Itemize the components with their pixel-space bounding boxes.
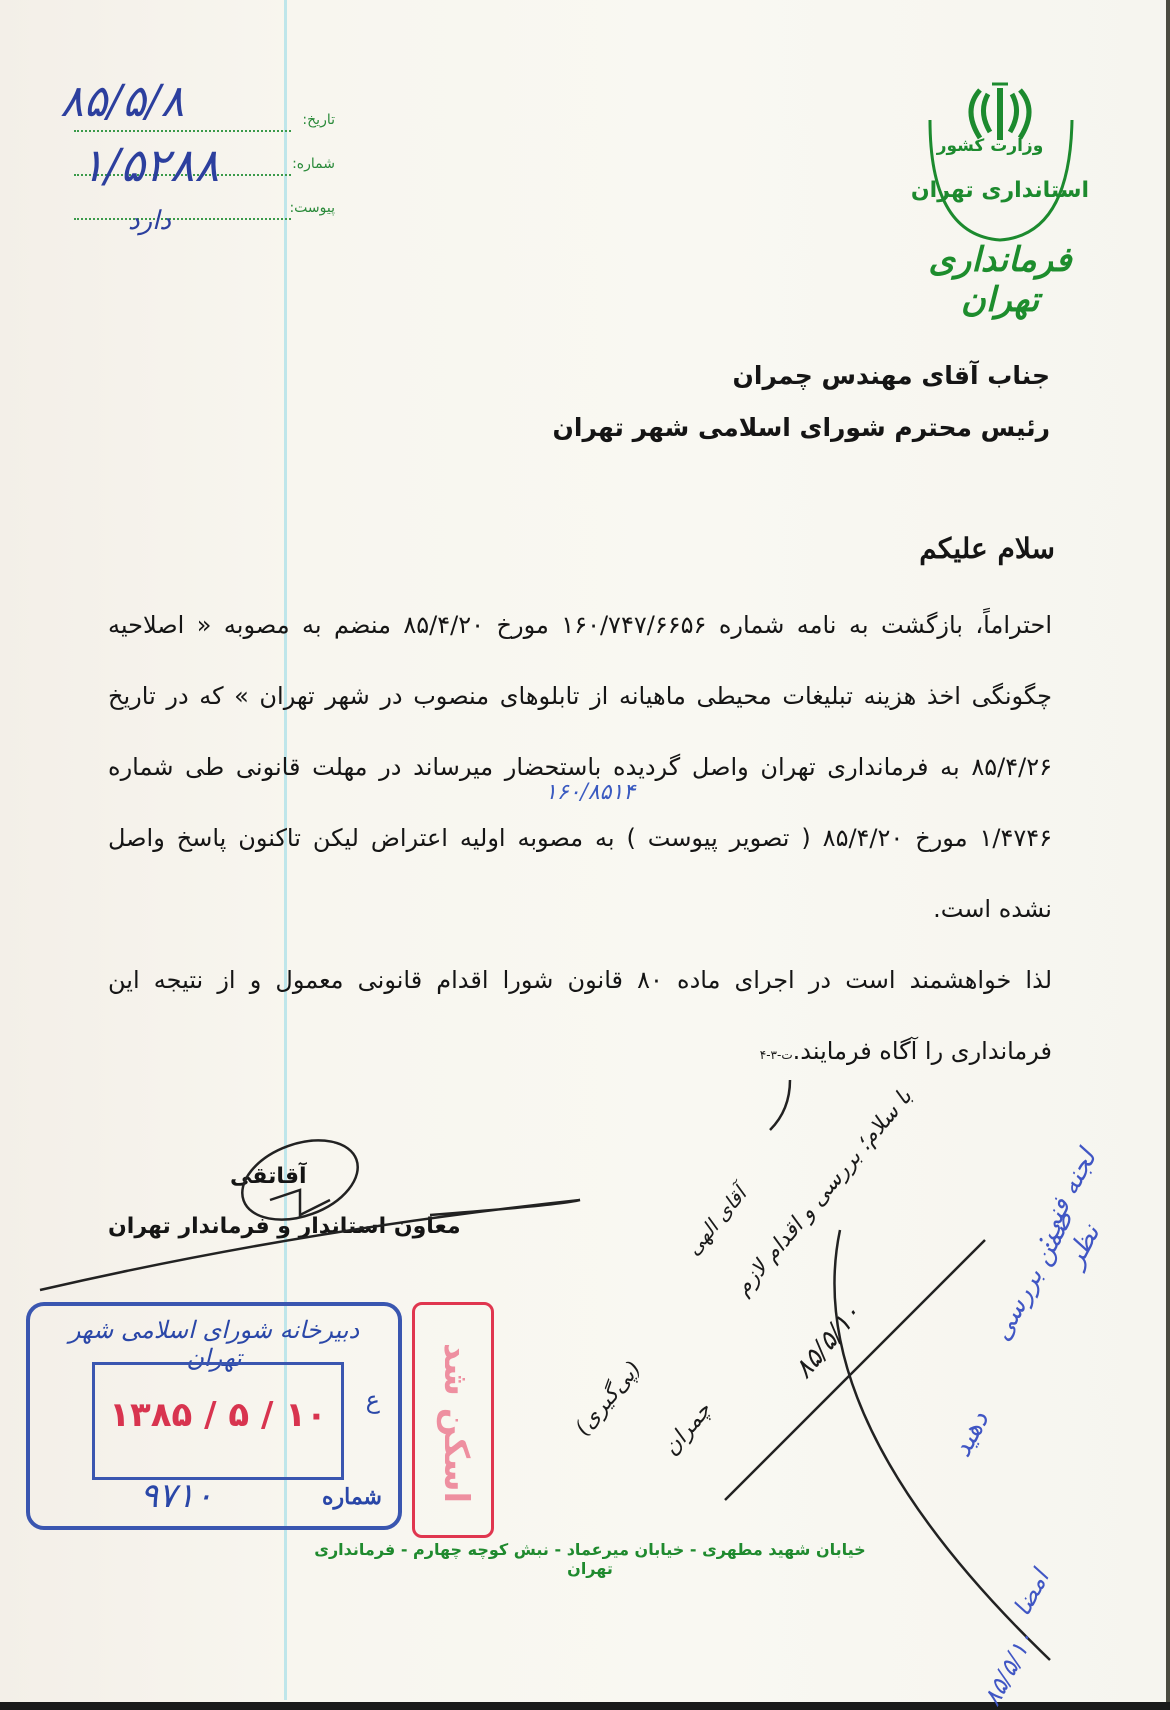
attachment-label: پیوست: bbox=[289, 200, 335, 216]
handwritten-date: ۸۵/۵/۸ bbox=[60, 76, 184, 127]
body-paragraph-1: احتراماً، بازگشت به نامه شماره ۱۶۰/۷۴۷/۶… bbox=[108, 590, 1052, 945]
recipient-line-2: رئیس محترم شورای اسلامی شهر تهران bbox=[553, 402, 1050, 454]
footer-address: خیابان شهید مطهری - خیابان میرعماد - نبش… bbox=[290, 1540, 890, 1578]
recipient-block: جناب آقای مهندس چمران رئیس محترم شورای ا… bbox=[553, 350, 1050, 454]
handwritten-note-signature: چمران bbox=[658, 1398, 716, 1461]
scanned-letter: وزارت کشور استانداری تهران فرمانداری تهر… bbox=[0, 0, 1170, 1710]
scanned-stamp: اسکن شد bbox=[412, 1302, 494, 1538]
greeting: سلام علیکم bbox=[919, 532, 1055, 565]
date-label: تاریخ: bbox=[302, 112, 335, 128]
handwritten-number: ۱/۵۲۸۸ bbox=[80, 138, 219, 192]
handwritten-note: آقای الهی bbox=[681, 1182, 751, 1259]
date-dotted-line bbox=[74, 130, 291, 132]
handwritten-note: (پی‌گیری) bbox=[570, 1357, 646, 1441]
stamp-number: ۹۷۱۰ bbox=[140, 1476, 213, 1516]
secretariat-stamp: دبیرخانه شورای اسلامی شهر تهران ۱۳۸۵ / ۵… bbox=[26, 1302, 402, 1530]
stamp-date-box: ۱۳۸۵ / ۵ / ۱۰ bbox=[92, 1362, 344, 1480]
recipient-line-1: جناب آقای مهندس چمران bbox=[553, 350, 1050, 402]
body-paragraph-2-text: لذا خواهشمند است در اجرای ماده ۸۰ قانون … bbox=[108, 966, 1052, 1065]
signer-name: آقاتقی bbox=[230, 1164, 307, 1189]
stamp-side-mark: ع bbox=[366, 1386, 380, 1414]
handwritten-note-date: ۸۵/۵/۱۰ bbox=[789, 1298, 868, 1384]
body-paragraph-2: لذا خواهشمند است در اجرای ماده ۸۰ قانون … bbox=[108, 945, 1052, 1091]
iran-emblem-icon bbox=[900, 60, 1100, 260]
handwritten-note: با سلام؛ بررسی و اقدام لازم bbox=[730, 1085, 917, 1301]
ministry-label: وزارت کشور bbox=[900, 136, 1080, 156]
attachment-dotted-line bbox=[74, 218, 291, 220]
handwritten-note-blue-date: ۸۵/۵/۱۰ bbox=[978, 1626, 1041, 1710]
stamp-number-label: شماره bbox=[322, 1484, 382, 1510]
reference-code: ت-۳-۴ bbox=[760, 1048, 793, 1062]
governorate-ring-text: استانداری تهران bbox=[900, 178, 1100, 203]
number-label: شماره: bbox=[292, 156, 335, 172]
letterhead-emblem: وزارت کشور استانداری تهران bbox=[900, 60, 1100, 260]
scanned-stamp-text: اسکن شد bbox=[413, 1305, 495, 1541]
letter-body: احتراماً، بازگشت به نامه شماره ۱۶۰/۷۴۷/۶… bbox=[108, 590, 1052, 1091]
signer-title: معاون استاندار و فرماندار تهران bbox=[108, 1214, 461, 1239]
scan-edge-right bbox=[1166, 0, 1170, 1710]
handwritten-note-blue-signature: امضا bbox=[1008, 1565, 1055, 1620]
handwritten-attachment: دارد bbox=[128, 206, 171, 236]
meta-attachment-row: پیوست: bbox=[70, 196, 335, 240]
handwritten-note-blue: ضمن بررسی نظر bbox=[974, 1206, 1107, 1384]
handwritten-note-blue: دهید bbox=[947, 1407, 995, 1462]
stamp-date: ۱۳۸۵ / ۵ / ۱۰ bbox=[95, 1395, 341, 1435]
governorate-title: فرمانداری تهران bbox=[900, 240, 1100, 320]
handwritten-reference-number: ۱۶۰/۸۵۱۴ bbox=[545, 780, 635, 805]
